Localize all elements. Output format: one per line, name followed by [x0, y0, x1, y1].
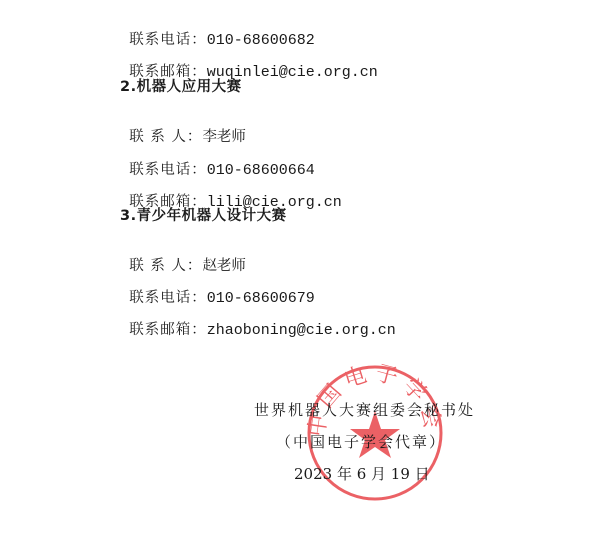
contact-person-line: 联 系 人：李老师 [120, 110, 246, 146]
contact-person-line: 联 系 人：赵老师 [120, 239, 246, 275]
section-heading: 3.青少年机器人设计大赛 [120, 207, 287, 225]
contact-email-line: 联系邮箱：wuqinlei@cie.org.cn [120, 45, 378, 82]
signature-org: 世界机器人大赛组委会秘书处 [254, 401, 475, 419]
section-heading: 2.机器人应用大赛 [120, 78, 242, 96]
signature-seal-note: （中国电子学会代章） [276, 433, 446, 451]
email-value: zhaoboning@cie.org.cn [207, 322, 396, 339]
contact-email-line: 联系邮箱：zhaoboning@cie.org.cn [120, 303, 396, 340]
email-label: 联系邮箱： [129, 322, 207, 338]
signature-date: 2023 年 6 月 19 日 [294, 465, 430, 483]
